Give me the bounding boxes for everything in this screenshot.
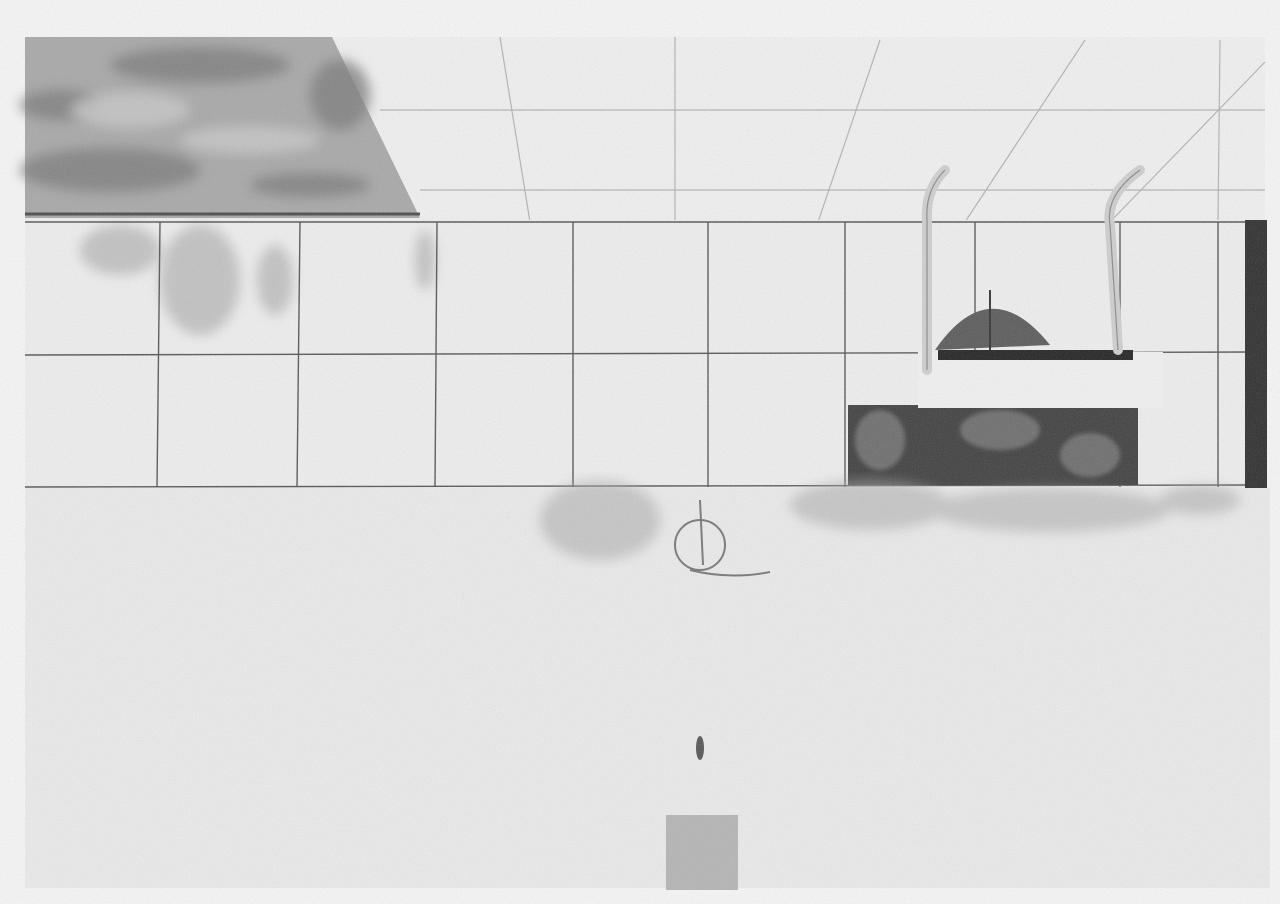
photo-scene bbox=[0, 0, 1280, 904]
